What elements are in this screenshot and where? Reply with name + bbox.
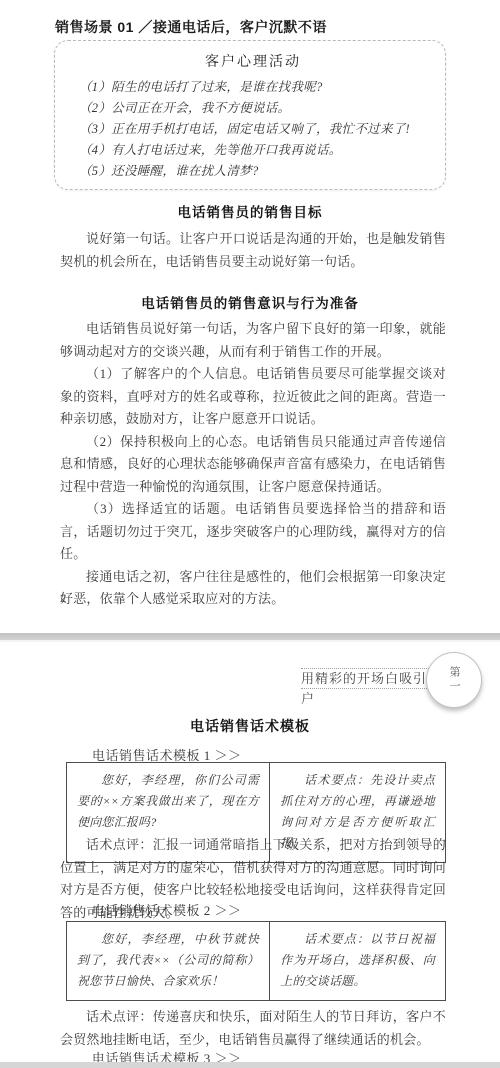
page-2: 用精彩的开场白吸引客户 第一 电话销售话术模板 电话销售话术模板 1 ＞＞ 您好… bbox=[0, 642, 500, 1062]
box-title: 客户心理活动 bbox=[79, 51, 427, 71]
chapter-one-badge: 第一 bbox=[426, 652, 482, 708]
page-divider bbox=[0, 633, 500, 642]
psychology-item: （4）有人打电话过来，先等他开口我再说话。 bbox=[79, 140, 427, 161]
psychology-item: （2）公司正在开会，我不方便说话。 bbox=[79, 98, 427, 119]
book-spread: 销售场景 01 ／接通电话后，客户沉默不语 客户心理活动 （1）陌生的电话打了过… bbox=[0, 0, 500, 1068]
paragraph: 说好第一句话。让客户开口说话是沟通的开始，也是触发销售契机的机会所在，电话销售员… bbox=[60, 228, 446, 273]
psychology-item: （3）正在用手机打电话，固定电话又响了，我忙不过来了! bbox=[79, 119, 427, 140]
section-heading-sales-goal: 电话销售员的销售目标 bbox=[0, 201, 500, 221]
template-2-script-cell: 您好，李经理，中秋节就快到了，我代表××（公司的简称）祝您节日愉快、合家欢乐！ bbox=[67, 922, 270, 1001]
template-2-comment: 话术点评：传递喜庆和快乐，面对陌生人的节日拜访，客户不会贸然地挂断电话，至少，电… bbox=[60, 1006, 446, 1051]
paragraph: 接通电话之初，客户往往是感性的，他们会根据第一印象决定好恶，依靠个人感觉采取应对… bbox=[60, 566, 446, 611]
template-2-points-cell: 话术要点：以节日祝福作为开场白，选择积极、向上的交谈话题。 bbox=[270, 922, 446, 1001]
paragraph: 电话销售员说好第一句话，为客户留下良好的第一印象，就能够调动起对方的交谈兴趣，从… bbox=[60, 318, 446, 363]
paragraph: （2）保持积极向上的心态。电话销售员只能通过声音传递信息和情感，良好的心理状态能… bbox=[60, 431, 446, 499]
chapter-badge-label: 第一 bbox=[446, 666, 462, 694]
running-head-title: 用精彩的开场白吸引客户 bbox=[301, 671, 441, 706]
psychology-item: （5）还没睡醒，谁在扰人清梦? bbox=[79, 161, 427, 182]
paragraph: （1）了解客户的个人信息。电话销售员要尽可能掌握交谈对象的资料，直呼对方的姓名或… bbox=[60, 363, 446, 431]
scene-title: 销售场景 01 ／接通电话后，客户沉默不语 bbox=[55, 17, 455, 37]
psychology-item: （1）陌生的电话打了过来，是谁在找我呢? bbox=[79, 77, 427, 98]
running-head: 用精彩的开场白吸引客户 bbox=[301, 668, 445, 689]
bottom-crop-strip bbox=[0, 1062, 500, 1068]
page-number: 2 bbox=[60, 593, 66, 605]
template-2-label: 电话销售话术模板 2 ＞＞ bbox=[92, 900, 242, 919]
customer-psychology-box: 客户心理活动 （1）陌生的电话打了过来，是谁在找我呢? （2）公司正在开会，我不… bbox=[54, 40, 446, 190]
section-body: 电话销售员说好第一句话，为客户留下良好的第一印象，就能够调动起对方的交谈兴趣，从… bbox=[60, 318, 446, 611]
templates-heading: 电话销售话术模板 bbox=[0, 716, 500, 736]
template-2-table: 您好，李经理，中秋节就快到了，我代表××（公司的简称）祝您节日愉快、合家欢乐！ … bbox=[66, 921, 446, 1001]
paragraph: （3）选择适宜的话题。电话销售员要选择恰当的措辞和语言，话题切勿过于突兀，逐步突… bbox=[60, 498, 446, 566]
section-heading-sales-awareness: 电话销售员的销售意识与行为准备 bbox=[0, 292, 500, 312]
chapter-header: 用精彩的开场白吸引客户 第一 bbox=[0, 642, 500, 712]
page-1: 销售场景 01 ／接通电话后，客户沉默不语 客户心理活动 （1）陌生的电话打了过… bbox=[0, 0, 500, 633]
table-row: 您好，李经理，中秋节就快到了，我代表××（公司的简称）祝您节日愉快、合家欢乐！ … bbox=[67, 922, 446, 1001]
